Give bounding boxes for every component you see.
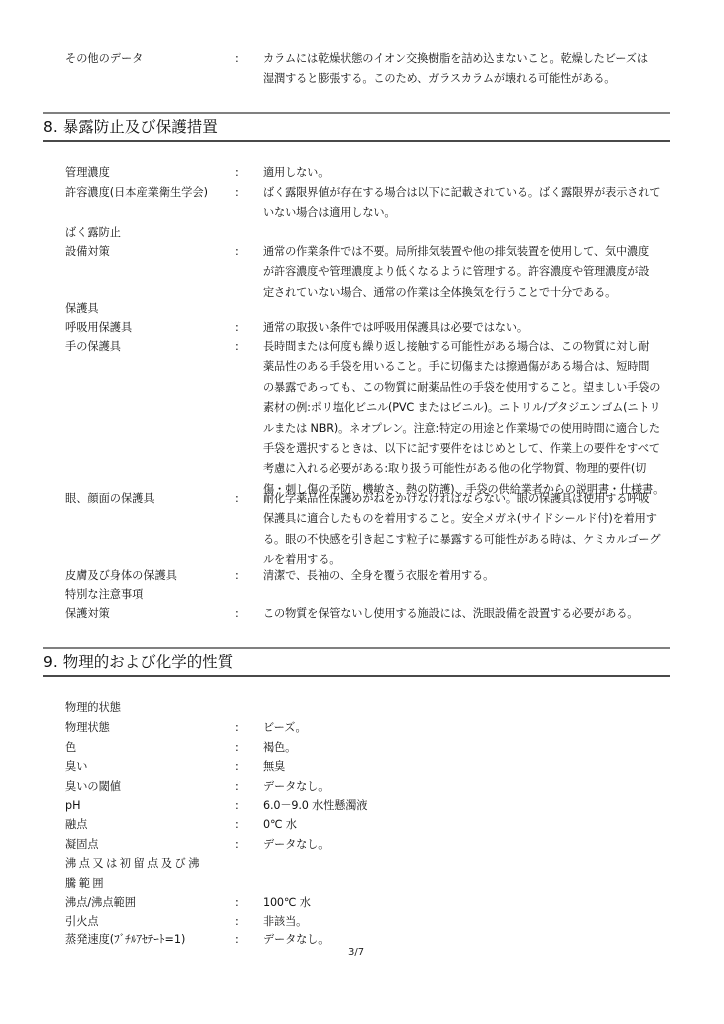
row-value: カラムには乾燥状態のイオン交換樹脂を詰め込まないこと。乾燥したビーズは 湿潤する… [263,49,677,90]
row-colon: : [235,815,239,835]
value-line: 0℃ 水 [263,815,677,835]
row-value: 清潔で、長袖の、全身を覆う衣服を着用する。 [263,566,677,586]
row-label: 臭い [65,757,87,777]
value-line: 耐化学薬品性保護めがねをかけなければならない。眼の保護具は使用する呼吸 [263,489,677,509]
row-label: 手の保護具 [65,337,121,357]
row-value: データなし。 [263,777,677,797]
value-line: 通常の取扱い条件では呼吸用保護具は必要ではない。 [263,318,677,338]
row-colon: : [235,183,239,203]
section-title: 9. 物理的および化学的性質 [43,652,233,672]
row-value: 通常の作業条件では不要。局所排気装置や他の排気装置を使用して、気中濃度 が許容濃… [263,242,677,303]
row-label: 臭いの閾値 [65,777,121,797]
row-value: データなし。 [263,930,677,950]
value-line: ばく露限界値が存在する場合は以下に記載されている。ばく露限界が表示されて [263,183,677,203]
value-line: 定されていない場合、通常の作業は全体換気を行うことで十分である。 [263,283,677,303]
row-colon: : [235,318,239,338]
value-line: ルまたは NBR)。ネオプレン。注意:特定の用途と作業場での使用時間に適合した [263,419,677,439]
row-colon: : [235,893,239,913]
row-colon: : [235,163,239,183]
row-label: 保護対策 [65,604,110,624]
subheading-label: 特別な注意事項 [65,585,143,605]
row-label: 蒸発速度(ﾌﾞﾁﾙｱｾﾃｰﾄ=1) [65,930,185,950]
row-label: 呼吸用保護具 [65,318,132,338]
row-colon: : [235,835,239,855]
row-value: 褐色。 [263,738,677,758]
subheading-label: 保護具 [65,299,99,319]
section-title: 8. 暴露防止及び保護措置 [43,117,218,137]
value-line: る。眼の不快感を引き起こす粒子に暴露する可能性がある時は、ケミカルゴーグ [263,530,677,550]
row-value: 0℃ 水 [263,815,677,835]
value-line: ビーズ。 [263,718,677,738]
row-value: ばく露限界値が存在する場合は以下に記載されている。ばく露限界が表示されて いない… [263,183,677,224]
row-value: 通常の取扱い条件では呼吸用保護具は必要ではない。 [263,318,677,338]
row-label: 眼、顔面の保護具 [65,489,155,509]
row-colon: : [235,242,239,262]
row-label: 沸点/沸点範囲 [65,893,136,913]
section-9-heading: 9. 物理的および化学的性質 [43,647,670,677]
section-8-heading: 8. 暴露防止及び保護措置 [43,112,670,142]
row-label: 融点 [65,815,87,835]
value-line: 褐色。 [263,738,677,758]
row-value: ビーズ。 [263,718,677,738]
row-colon: : [235,930,239,950]
value-line: 適用しない。 [263,163,677,183]
value-line: 6.0－9.0 水性懸濁液 [263,796,677,816]
subheading-label: 沸点又は初留点及び沸騰範囲 [65,854,215,895]
row-label: 凝固点 [65,835,99,855]
row-colon: : [235,49,239,69]
value-line: 保護具に適合したものを着用すること。安全メガネ(サイドシールド付)を着用す [263,509,677,529]
row-value: この物質を保管ないし使用する施設には、洗眼設備を設置する必要がある。 [263,604,677,624]
row-colon: : [235,566,239,586]
row-colon: : [235,718,239,738]
row-label: pH [65,796,81,816]
value-line: 無臭 [263,757,677,777]
page-number: 3/7 [348,947,364,958]
row-colon: : [235,604,239,624]
row-colon: : [235,777,239,797]
row-label: 許容濃度(日本産業衛生学会) [65,183,208,203]
value-line: が許容濃度や管理濃度より低くなるように管理する。許容濃度や管理濃度が設 [263,262,677,282]
value-line: 素材の例:ポリ塩化ビニル(PVC またはビニル)。ニトリル/ブタジエンゴム(ニト… [263,398,677,418]
row-colon: : [235,738,239,758]
value-line: カラムには乾燥状態のイオン交換樹脂を詰め込まないこと。乾燥したビーズは [263,49,677,69]
row-label: 皮膚及び身体の保護具 [65,566,177,586]
row-colon: : [235,757,239,777]
value-line: 通常の作業条件では不要。局所排気装置や他の排気装置を使用して、気中濃度 [263,242,677,262]
row-value: 6.0－9.0 水性懸濁液 [263,796,677,816]
value-line: いない場合は適用しない。 [263,203,677,223]
value-line: 考慮に入れる必要がある:取り扱う可能性がある他の化学物質、物理的要件(切 [263,459,677,479]
row-value: 長時間または何度も繰り返し接触する可能性がある場合は、この物質に対し耐 薬品性の… [263,337,677,500]
row-value: 適用しない。 [263,163,677,183]
value-line: 長時間または何度も繰り返し接触する可能性がある場合は、この物質に対し耐 [263,337,677,357]
value-line: 薬品性のある手袋を用いること。手に切傷または擦過傷がある場合は、短時間 [263,357,677,377]
value-line: 清潔で、長袖の、全身を覆う衣服を着用する。 [263,566,677,586]
value-line: データなし。 [263,835,677,855]
row-colon: : [235,337,239,357]
value-line: 手袋を選択するときは、以下に記す要件をはじめとして、作業上の要件をすべて [263,439,677,459]
document-page: その他のデータ : カラムには乾燥状態のイオン交換樹脂を詰め込まないこと。乾燥し… [0,0,724,1024]
row-label: 管理濃度 [65,163,110,183]
row-label: その他のデータ [65,49,143,69]
row-value: 100℃ 水 [263,893,677,913]
subheading-label: ばく露防止 [65,223,121,243]
row-value: 耐化学薬品性保護めがねをかけなければならない。眼の保護具は使用する呼吸 保護具に… [263,489,677,571]
row-colon: : [235,796,239,816]
value-line: 100℃ 水 [263,893,677,913]
row-value: 無臭 [263,757,677,777]
row-label: 色 [65,738,76,758]
value-line: 湿潤すると膨張する。このため、ガラスカラムが壊れる可能性がある。 [263,69,677,89]
row-value: データなし。 [263,835,677,855]
value-line: データなし。 [263,777,677,797]
row-label: 物理状態 [65,718,110,738]
value-line: の暴露であっても、この物質に耐薬品性の手袋を使用すること。望ましい手袋の [263,378,677,398]
value-line: データなし。 [263,930,677,950]
value-line: この物質を保管ないし使用する施設には、洗眼設備を設置する必要がある。 [263,604,677,624]
row-label: 設備対策 [65,242,110,262]
subheading-label: 物理的状態 [65,698,121,718]
row-colon: : [235,489,239,509]
